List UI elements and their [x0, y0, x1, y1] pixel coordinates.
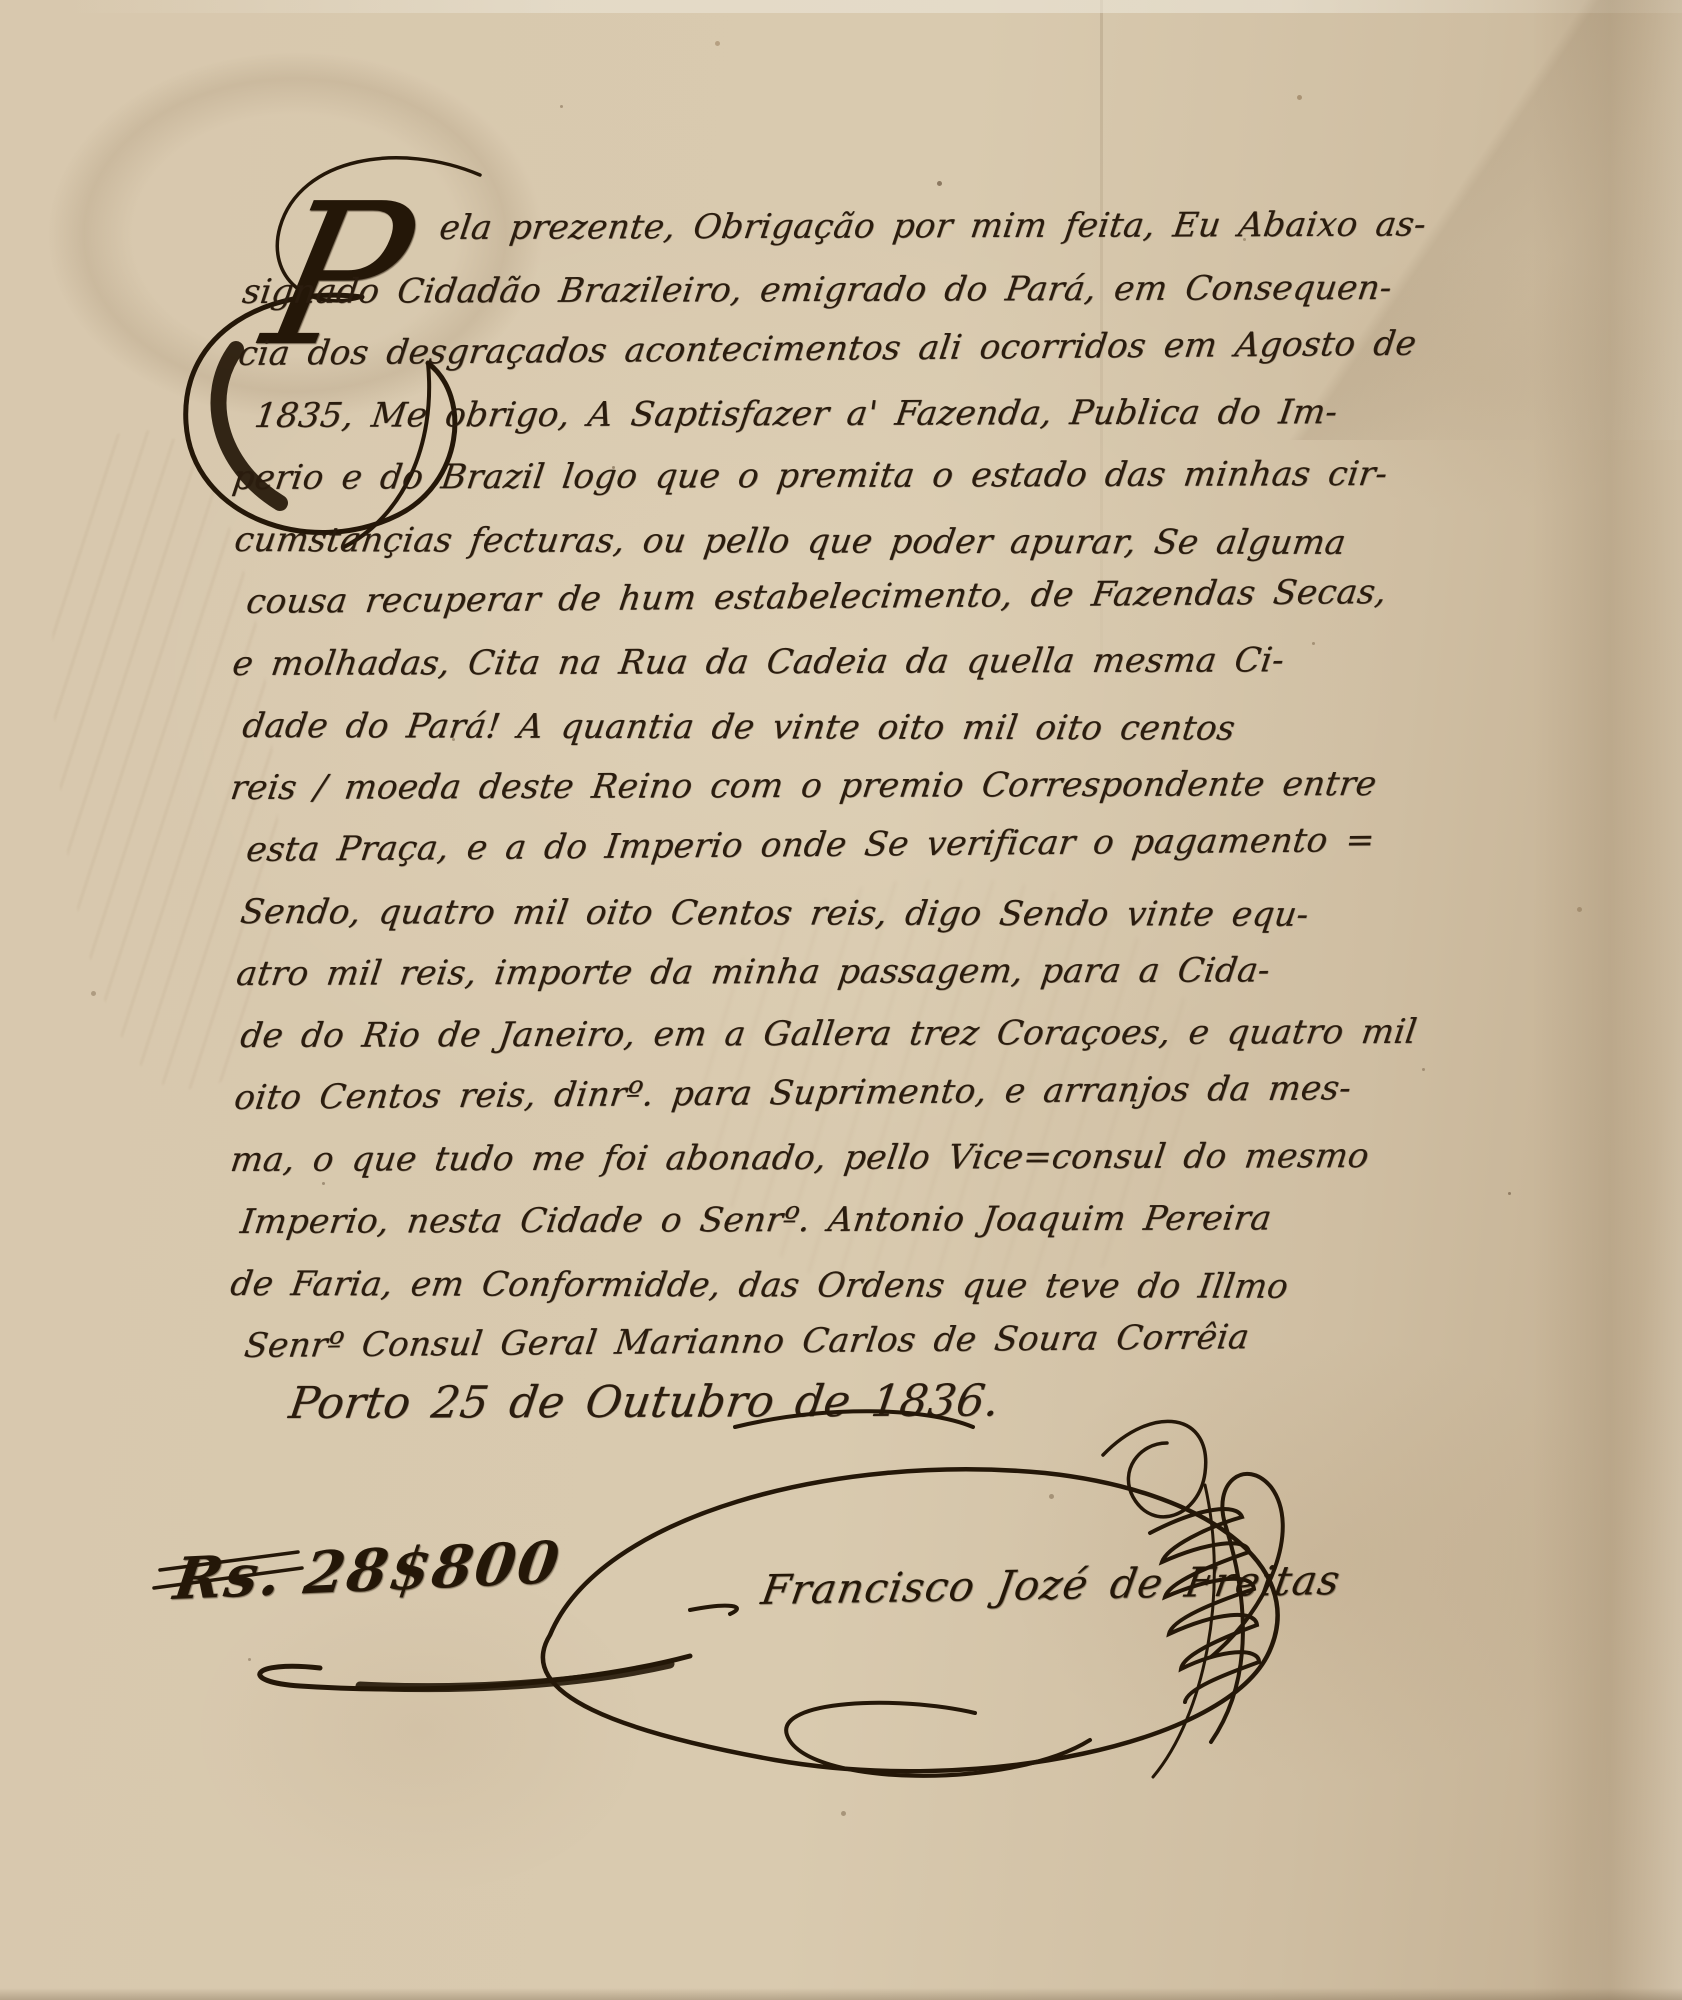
manuscript-line: de Faria, em Conformidde, das Ordens que…	[228, 1264, 1291, 1307]
manuscript-line: cousa recuperar de hum estabelecimento, …	[244, 572, 1389, 622]
right-edge-shadow	[1532, 0, 1682, 2000]
manuscript-line: ela prezente, Obrigação por mim feita, E…	[437, 205, 1429, 248]
manuscript-line: Senrº Consul Geral Marianno Carlos de So…	[242, 1317, 1252, 1366]
manuscript-line: Sendo, quatro mil oito Centos reis, digo…	[238, 892, 1311, 935]
manuscript-line: esta Praça, e a do Imperio onde Se verif…	[244, 820, 1377, 870]
bottom-edge-shadow	[0, 1988, 1682, 2000]
manuscript-line: e molhadas, Cita na Rua da Cadeia da que…	[230, 640, 1287, 684]
manuscript-line: signado Cidadão Brazileiro, emigrado do …	[240, 268, 1394, 312]
manuscript-line: cumstançias fecturas, ou pello que poder…	[232, 520, 1349, 563]
signature-name: Francisco Jozé de Freitas	[758, 1556, 1344, 1614]
manuscript-line: oito Centos reis, dinrº. para Suprimento…	[232, 1068, 1354, 1118]
manuscript-line: atro mil reis, importe da minha passagem…	[234, 950, 1273, 994]
ink-specks	[0, 0, 3, 3]
manuscript-line: dade do Pará! A quantia de vinte oito mi…	[240, 706, 1238, 749]
manuscript-line: reis / moeda deste Reino com o premio Co…	[228, 764, 1379, 808]
manuscript-line: de do Rio de Janeiro, em a Gallera trez …	[238, 1012, 1419, 1056]
manuscript-line: ma, o que tudo me foi abonado, pello Vic…	[228, 1136, 1372, 1180]
manuscript-line: 1835, Me obrigo, A Saptisfazer a' Fazend…	[252, 392, 1340, 436]
manuscript-line: perio e do Brazil logo que o premita o e…	[230, 454, 1390, 498]
manuscript-line: Imperio, nesta Cidade o Senrº. Antonio J…	[238, 1198, 1274, 1242]
top-edge-backing	[0, 0, 1682, 13]
manuscript-page: P ela prezente, Obrigação por mim feita,…	[0, 0, 1682, 2000]
